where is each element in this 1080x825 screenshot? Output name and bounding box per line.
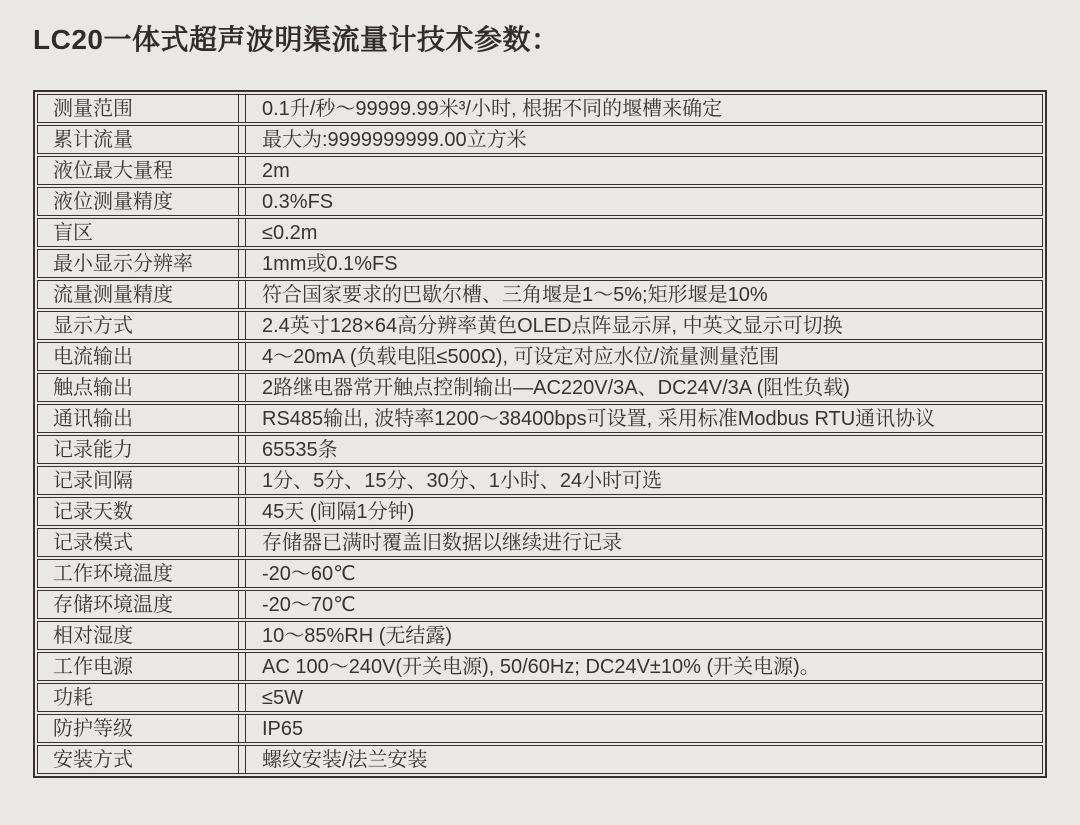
spec-label: 工作环境温度 bbox=[38, 560, 239, 587]
spec-value: 45天 (间隔1分钟) bbox=[245, 498, 1042, 525]
spec-label: 显示方式 bbox=[38, 312, 239, 339]
spec-table: 测量范围 0.1升/秒～99999.99米³/小时, 根据不同的堰槽来确定 累计… bbox=[33, 90, 1047, 778]
table-row: 触点输出 2路继电器常开触点控制输出—AC220V/3A、DC24V/3A (阻… bbox=[37, 373, 1043, 402]
spec-value: 0.1升/秒～99999.99米³/小时, 根据不同的堰槽来确定 bbox=[245, 95, 1042, 122]
table-row: 通讯输出 RS485输出, 波特率1200～38400bps可设置, 采用标准M… bbox=[37, 404, 1043, 433]
spec-label: 存储环境温度 bbox=[38, 591, 239, 618]
table-row: 盲区 ≤0.2m bbox=[37, 218, 1043, 247]
table-row: 电流输出 4～20mA (负载电阻≤500Ω), 可设定对应水位/流量测量范围 bbox=[37, 342, 1043, 371]
table-row: 记录间隔 1分、5分、15分、30分、1小时、24小时可选 bbox=[37, 466, 1043, 495]
spec-value: AC 100～240V(开关电源), 50/60Hz; DC24V±10% (开… bbox=[245, 653, 1042, 680]
table-row: 流量测量精度 符合国家要求的巴歇尔槽、三角堰是1～5%;矩形堰是10% bbox=[37, 280, 1043, 309]
table-row: 液位最大量程 2m bbox=[37, 156, 1043, 185]
spec-value: 2m bbox=[245, 157, 1042, 184]
table-row: 工作环境温度 -20～60℃ bbox=[37, 559, 1043, 588]
spec-label: 最小显示分辨率 bbox=[38, 250, 239, 277]
spec-value: ≤0.2m bbox=[245, 219, 1042, 246]
spec-value: 符合国家要求的巴歇尔槽、三角堰是1～5%;矩形堰是10% bbox=[245, 281, 1042, 308]
table-row: 显示方式 2.4英寸128×64高分辨率黄色OLED点阵显示屏, 中英文显示可切… bbox=[37, 311, 1043, 340]
spec-value: 1mm或0.1%FS bbox=[245, 250, 1042, 277]
table-row: 记录模式 存储器已满时覆盖旧数据以继续进行记录 bbox=[37, 528, 1043, 557]
spec-label: 功耗 bbox=[38, 684, 239, 711]
table-row: 液位测量精度 0.3%FS bbox=[37, 187, 1043, 216]
spec-label: 安装方式 bbox=[38, 746, 239, 773]
spec-value: 存储器已满时覆盖旧数据以继续进行记录 bbox=[245, 529, 1042, 556]
spec-label: 测量范围 bbox=[38, 95, 239, 122]
spec-label: 记录模式 bbox=[38, 529, 239, 556]
spec-value: 4～20mA (负载电阻≤500Ω), 可设定对应水位/流量测量范围 bbox=[245, 343, 1042, 370]
spec-value: 最大为:9999999999.00立方米 bbox=[245, 126, 1042, 153]
table-row: 记录能力 65535条 bbox=[37, 435, 1043, 464]
spec-label: 相对湿度 bbox=[38, 622, 239, 649]
table-row: 安装方式 螺纹安装/法兰安装 bbox=[37, 745, 1043, 774]
spec-label: 液位测量精度 bbox=[38, 188, 239, 215]
page-title: LC20一体式超声波明渠流量计技术参数： bbox=[33, 18, 559, 58]
spec-value: RS485输出, 波特率1200～38400bps可设置, 采用标准Modbus… bbox=[245, 405, 1042, 432]
spec-label: 记录能力 bbox=[38, 436, 239, 463]
spec-value: 10～85%RH (无结露) bbox=[245, 622, 1042, 649]
spec-value: 2路继电器常开触点控制输出—AC220V/3A、DC24V/3A (阻性负载) bbox=[245, 374, 1042, 401]
spec-label: 累计流量 bbox=[38, 126, 239, 153]
table-row: 测量范围 0.1升/秒～99999.99米³/小时, 根据不同的堰槽来确定 bbox=[37, 94, 1043, 123]
spec-label: 防护等级 bbox=[38, 715, 239, 742]
table-row: 相对湿度 10～85%RH (无结露) bbox=[37, 621, 1043, 650]
spec-label: 盲区 bbox=[38, 219, 239, 246]
spec-value: 2.4英寸128×64高分辨率黄色OLED点阵显示屏, 中英文显示可切换 bbox=[245, 312, 1042, 339]
table-row: 防护等级 IP65 bbox=[37, 714, 1043, 743]
spec-value: ≤5W bbox=[245, 684, 1042, 711]
spec-label: 触点输出 bbox=[38, 374, 239, 401]
spec-value: 65535条 bbox=[245, 436, 1042, 463]
spec-label: 流量测量精度 bbox=[38, 281, 239, 308]
table-row: 累计流量 最大为:9999999999.00立方米 bbox=[37, 125, 1043, 154]
table-row: 工作电源 AC 100～240V(开关电源), 50/60Hz; DC24V±1… bbox=[37, 652, 1043, 681]
spec-value: IP65 bbox=[245, 715, 1042, 742]
spec-value: 1分、5分、15分、30分、1小时、24小时可选 bbox=[245, 467, 1042, 494]
spec-value: -20～60℃ bbox=[245, 560, 1042, 587]
table-row: 功耗 ≤5W bbox=[37, 683, 1043, 712]
spec-label: 液位最大量程 bbox=[38, 157, 239, 184]
table-row: 记录天数 45天 (间隔1分钟) bbox=[37, 497, 1043, 526]
spec-value: -20～70℃ bbox=[245, 591, 1042, 618]
spec-value: 0.3%FS bbox=[245, 188, 1042, 215]
spec-value: 螺纹安装/法兰安装 bbox=[245, 746, 1042, 773]
table-row: 存储环境温度 -20～70℃ bbox=[37, 590, 1043, 619]
table-row: 最小显示分辨率 1mm或0.1%FS bbox=[37, 249, 1043, 278]
spec-label: 记录天数 bbox=[38, 498, 239, 525]
spec-label: 通讯输出 bbox=[38, 405, 239, 432]
spec-label: 记录间隔 bbox=[38, 467, 239, 494]
spec-label: 电流输出 bbox=[38, 343, 239, 370]
spec-label: 工作电源 bbox=[38, 653, 239, 680]
